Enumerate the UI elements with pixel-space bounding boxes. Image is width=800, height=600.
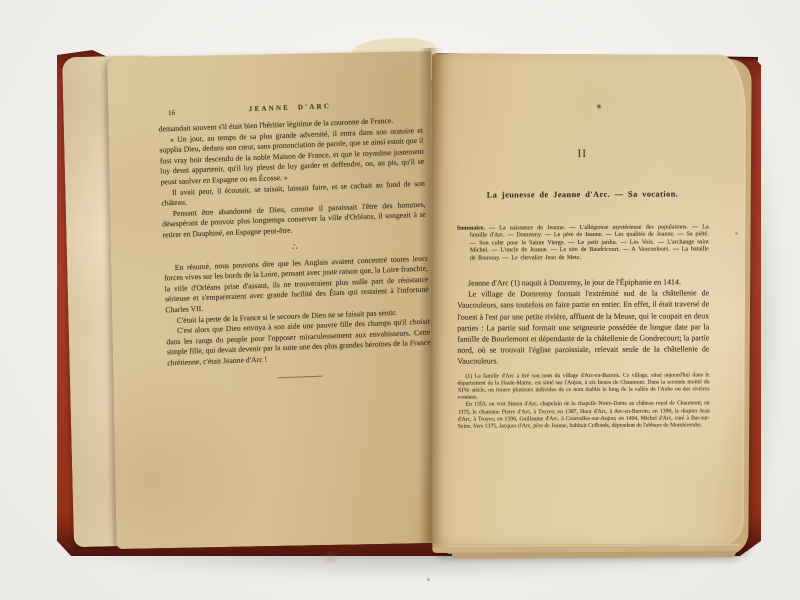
body-paragraph: Le village de Domremy formait l'extrémit…: [457, 288, 709, 368]
summary-block: Sommaire. — La naissance de Jeanne. — L'…: [457, 224, 709, 262]
paragraph: C'est alors que Dieu envoya à son aide u…: [166, 317, 431, 369]
running-header: JEANNE D'ARC: [158, 99, 422, 117]
paragraph: « Un jour, au temps de sa plus grande ad…: [159, 125, 425, 188]
left-page-text-block: 16 JEANNE D'ARC demandait souvent s'il é…: [158, 99, 432, 383]
foxing-spot: [596, 104, 602, 109]
foxing-spot: [735, 232, 738, 235]
chapter-number: II: [456, 147, 708, 160]
summary-label: Sommaire.: [457, 225, 485, 231]
asterism-ornament: ∴: [163, 237, 427, 256]
left-page: 16 JEANNE D'ARC demandait souvent s'il é…: [107, 51, 440, 549]
page-number: 16: [168, 109, 175, 117]
right-page-text-block: II La jeunesse de Jeanne d'Arc. — Sa voc…: [456, 147, 709, 431]
section-end-rule: [277, 376, 323, 379]
summary-text: — La naissance de Jeanne. — L'allégresse…: [470, 224, 709, 261]
photo-backdrop: 16 JEANNE D'ARC demandait souvent s'il é…: [0, 0, 800, 600]
foxing-spot: [427, 578, 430, 581]
right-page: II La jeunesse de Jeanne d'Arc. — Sa voc…: [430, 53, 746, 544]
paragraph: En résumé, nous pouvons dire que les Ang…: [164, 253, 430, 316]
footnote-paragraph: En 1353, on voit Simon d'Arc, chapelain …: [458, 401, 710, 431]
chapter-heading: La jeunesse de Jeanne d'Arc. — Sa vocati…: [457, 189, 709, 199]
footnote-block: (1) La famille d'Arc a tiré son nom du v…: [457, 372, 709, 431]
footnote-paragraph: (1) La famille d'Arc a tiré son nom du v…: [457, 372, 709, 402]
